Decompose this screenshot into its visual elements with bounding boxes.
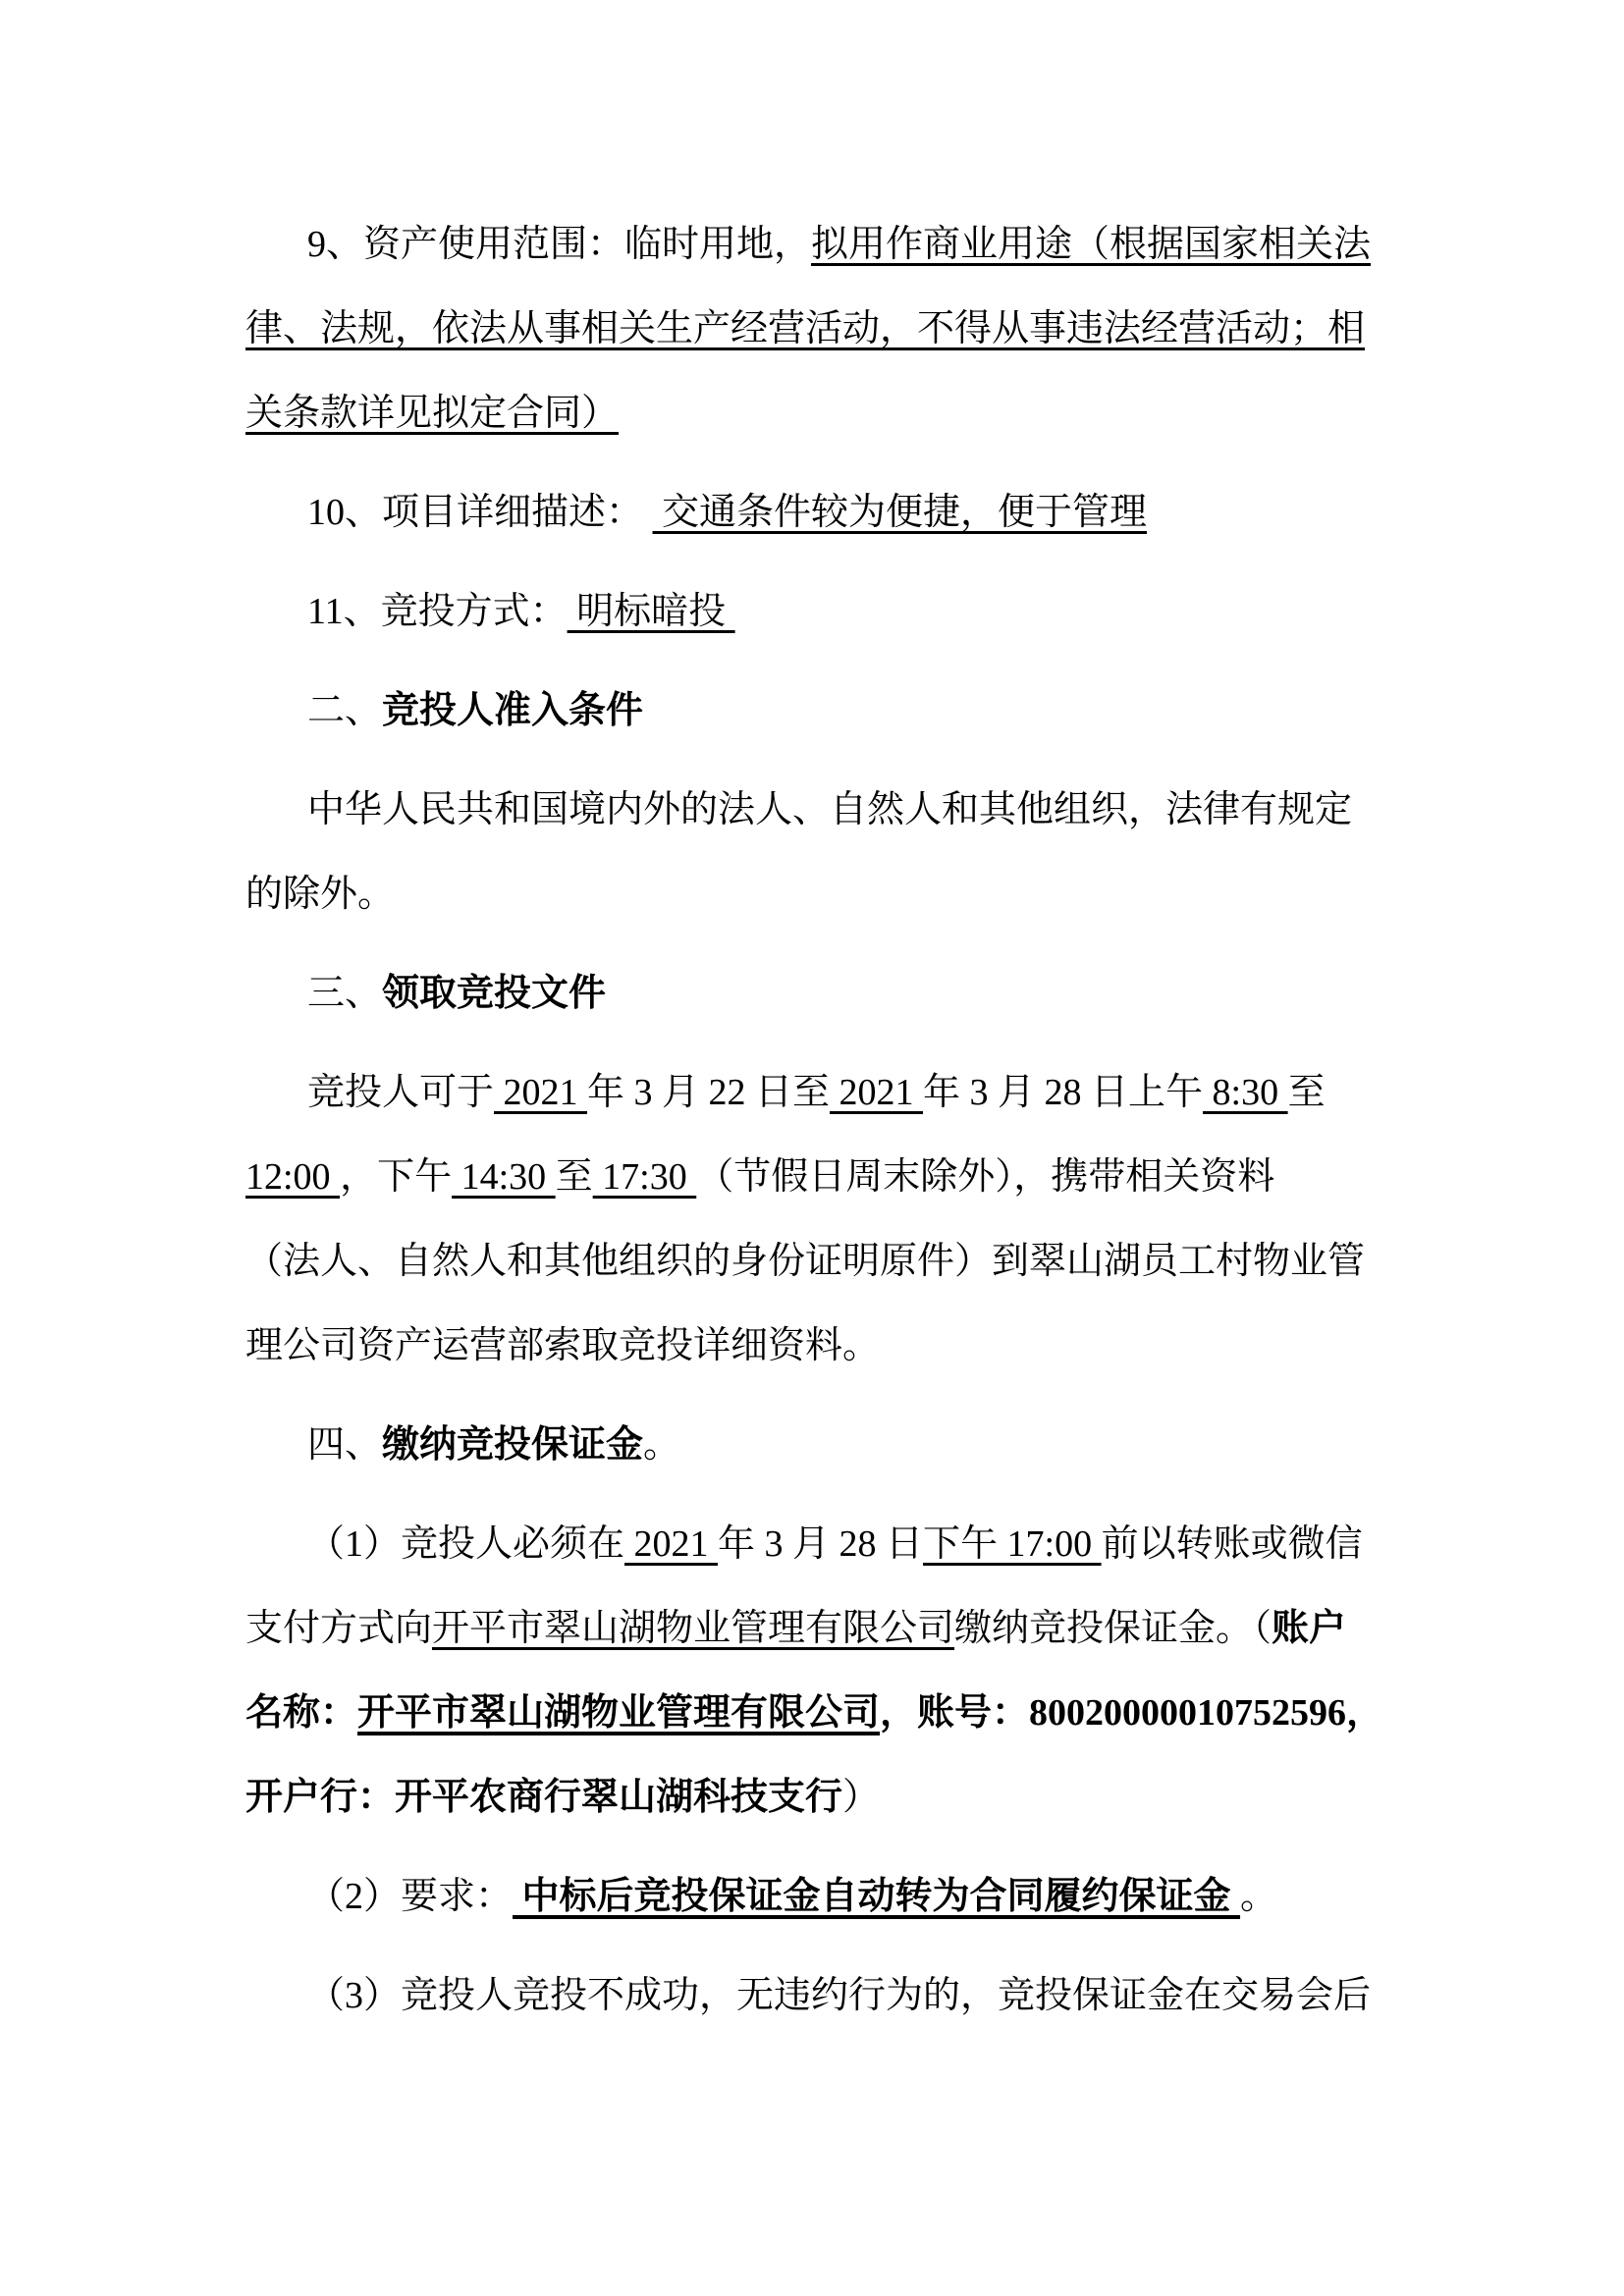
- text-run: 年 3 月 28 日上午: [923, 1072, 1203, 1113]
- paragraph: 9、资产使用范围：临时用地，拟用作商业用途（根据国家相关法律、法规，依法从事相关…: [245, 202, 1384, 455]
- bold-text-run: 账户: [1272, 1608, 1346, 1649]
- text-run: 中华人民共和国境内外的法人、自然人和其他组织，法律有规定: [307, 789, 1352, 830]
- bold-text-run: ，账号：80020000010752596，: [880, 1692, 1383, 1734]
- text-run: 二、: [307, 690, 382, 731]
- text-run: （3）竞投人竞投不成功，无违约行为的，竞投保证金在交易会后: [307, 1975, 1371, 2016]
- paragraph: 四、缴纳竞投保证金。: [245, 1403, 1384, 1487]
- text-line: 名称：开平市翠山湖物业管理有限公司，账号：80020000010752596，: [245, 1671, 1384, 1755]
- text-run: 缴纳竞投保证金。（: [954, 1608, 1272, 1649]
- underlined-text-run: 14:30: [452, 1156, 556, 1198]
- bold-text-run: 领取竞投文件: [382, 973, 606, 1014]
- underlined-text-run: 拟用作商业用途（根据国家相关法: [811, 224, 1371, 265]
- text-run: （法人、自然人和其他组织的身份证明原件）到翠山湖员工村物业管: [245, 1241, 1365, 1282]
- bold-text-run: 名称：: [245, 1692, 357, 1734]
- text-run: ，下午: [340, 1156, 452, 1198]
- text-run: 。: [1240, 1876, 1277, 1917]
- text-line: 11、竞投方式： 明标暗投: [245, 569, 1384, 654]
- document-page: 9、资产使用范围：临时用地，拟用作商业用途（根据国家相关法律、法规，依法从事相关…: [0, 0, 1624, 2296]
- text-run: 年 3 月 28 日: [718, 1523, 923, 1565]
- bold-underlined-text-run: 中标后竞投保证金自动转为合同履约保证金: [513, 1876, 1240, 1917]
- text-run: 三、: [307, 973, 382, 1014]
- text-line: （法人、自然人和其他组织的身份证明原件）到翠山湖员工村物业管: [245, 1219, 1384, 1304]
- text-line: 二、竞投人准入条件: [245, 668, 1384, 753]
- underlined-text-run: 2021: [624, 1523, 718, 1565]
- text-line: （2）要求： 中标后竞投保证金自动转为合同履约保证金 。: [245, 1854, 1384, 1939]
- text-run: 竞投人可于: [307, 1072, 494, 1113]
- underlined-text-run: 交通条件较为便捷，便于管理: [653, 492, 1148, 533]
- paragraph: 中华人民共和国境内外的法人、自然人和其他组织，法律有规定的除外。: [245, 768, 1384, 936]
- text-line: 的除外。: [245, 852, 1384, 936]
- underlined-text-run: 2021: [830, 1072, 923, 1113]
- text-line: 中华人民共和国境内外的法人、自然人和其他组织，法律有规定: [245, 768, 1384, 852]
- text-line: （3）竞投人竞投不成功，无违约行为的，竞投保证金在交易会后: [245, 1953, 1384, 2038]
- bold-text-run: 缴纳竞投保证金: [382, 1424, 643, 1466]
- text-run: 11、竞投方式：: [307, 591, 568, 632]
- text-run: 四、: [307, 1424, 382, 1466]
- text-run: 前以转账或微信: [1102, 1523, 1363, 1565]
- text-run: 9、资产使用范围：临时用地，: [307, 224, 811, 265]
- underlined-text-run: 律、法规，依法从事相关生产经营活动，不得从事违法经营活动；相: [245, 308, 1365, 349]
- text-line: （1）竞投人必须在 2021 年 3 月 28 日下午 17:00 前以转账或微…: [245, 1502, 1384, 1586]
- text-run: 支付方式向: [245, 1608, 432, 1649]
- underlined-text-run: 8:30: [1203, 1072, 1288, 1113]
- text-line: 关条款详见拟定合同）: [245, 371, 1384, 455]
- text-run: 。: [643, 1424, 680, 1466]
- underlined-text-run: 17:30: [593, 1156, 697, 1198]
- document-content: 9、资产使用范围：临时用地，拟用作商业用途（根据国家相关法律、法规，依法从事相关…: [245, 202, 1384, 2053]
- text-run: 至: [1288, 1072, 1326, 1113]
- paragraph: 三、领取竞投文件: [245, 951, 1384, 1036]
- underlined-text-run: 12:00: [245, 1156, 340, 1198]
- text-run: 理公司资产运营部索取竞投详细资料。: [245, 1325, 880, 1366]
- text-line: 开户行：开平农商行翠山湖科技支行）: [245, 1755, 1384, 1840]
- underlined-text-run: 下午 17:00: [923, 1523, 1102, 1565]
- underlined-text-run: 关条款详见拟定合同）: [245, 393, 619, 434]
- paragraph: 10、项目详细描述： 交通条件较为便捷，便于管理: [245, 470, 1384, 555]
- text-run: 年 3 月 22 日至: [587, 1072, 830, 1113]
- bold-text-run: 竞投人准入条件: [382, 690, 643, 731]
- text-line: 三、领取竞投文件: [245, 951, 1384, 1036]
- text-run: ）: [842, 1777, 880, 1818]
- underlined-text-run: 明标暗投: [568, 591, 735, 632]
- paragraph: 竞投人可于 2021 年 3 月 22 日至 2021 年 3 月 28 日上午…: [245, 1050, 1384, 1388]
- text-run: 的除外。: [245, 874, 395, 915]
- paragraph: （3）竞投人竞投不成功，无违约行为的，竞投保证金在交易会后: [245, 1953, 1384, 2038]
- text-line: 12:00 ，下午 14:30 至 17:30 （节假日周末除外），携带相关资料: [245, 1135, 1384, 1219]
- text-line: 支付方式向开平市翠山湖物业管理有限公司缴纳竞投保证金。（账户: [245, 1586, 1384, 1671]
- paragraph: （1）竞投人必须在 2021 年 3 月 28 日下午 17:00 前以转账或微…: [245, 1502, 1384, 1840]
- text-run: （1）竞投人必须在: [307, 1523, 624, 1565]
- paragraph: （2）要求： 中标后竞投保证金自动转为合同履约保证金 。: [245, 1854, 1384, 1939]
- bold-underlined-text-run: 开平市翠山湖物业管理有限公司: [357, 1692, 880, 1734]
- bold-text-run: 开户行：开平农商行翠山湖科技支行: [245, 1777, 842, 1818]
- underlined-text-run: 开平市翠山湖物业管理有限公司: [432, 1608, 954, 1649]
- paragraph: 11、竞投方式： 明标暗投: [245, 569, 1384, 654]
- text-line: 9、资产使用范围：临时用地，拟用作商业用途（根据国家相关法: [245, 202, 1384, 287]
- text-line: 10、项目详细描述： 交通条件较为便捷，便于管理: [245, 470, 1384, 555]
- text-run: 10、项目详细描述：: [307, 492, 653, 533]
- text-run: （2）要求：: [307, 1876, 513, 1917]
- underlined-text-run: 2021: [494, 1072, 587, 1113]
- text-line: 理公司资产运营部索取竞投详细资料。: [245, 1304, 1384, 1388]
- text-line: 四、缴纳竞投保证金。: [245, 1403, 1384, 1487]
- paragraph: 二、竞投人准入条件: [245, 668, 1384, 753]
- text-run: 至: [556, 1156, 593, 1198]
- text-line: 律、法规，依法从事相关生产经营活动，不得从事违法经营活动；相: [245, 287, 1384, 371]
- text-run: （节假日周末除外），携带相关资料: [696, 1156, 1274, 1198]
- text-line: 竞投人可于 2021 年 3 月 22 日至 2021 年 3 月 28 日上午…: [245, 1050, 1384, 1135]
